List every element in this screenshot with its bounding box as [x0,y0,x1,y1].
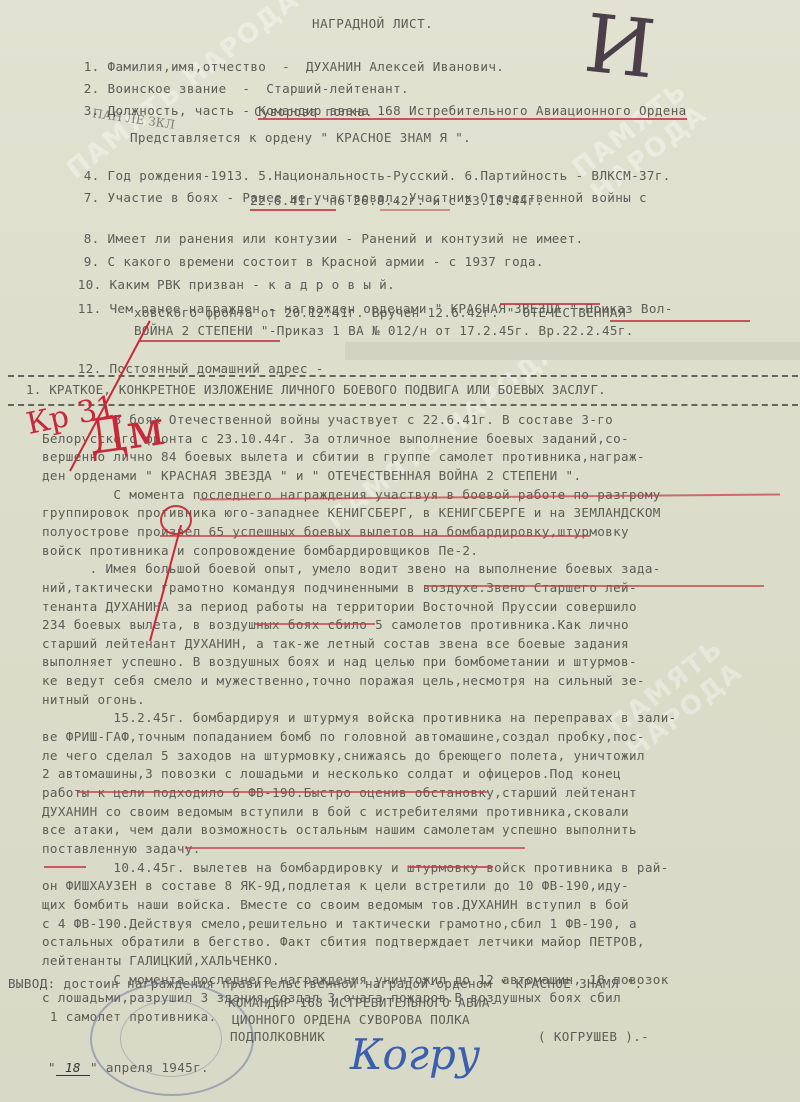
narrative-line: ке ведут себя смело и мужественно,точно … [42,673,645,688]
red-underline [255,623,375,625]
red-underline [185,847,525,849]
narrative-line: нитный огонь. [42,692,145,707]
signature-date: "18" апреля 1945г. [48,1060,209,1076]
narrative-line: группировок противника юго-западнее КЕНИ… [42,505,661,520]
field-3-continuation: Суворова полка. [254,104,373,119]
field-value: - с 1937 года. [433,254,544,269]
date-day: 18 [56,1060,90,1076]
date-month-year: апреля 1945г. [106,1060,209,1075]
red-underline [408,866,493,868]
narrative-line: старший лейтенант ДУХАНИН, а так-же летн… [42,636,629,651]
handwritten-mark: И [580,0,659,96]
narrative-line: поставленную задачу. [42,841,201,856]
red-circle-mark [160,505,192,535]
red-initials: Дм [84,400,167,466]
redacted-address [345,342,800,360]
signer-position-2: ЦИОННОГО ОРДЕНА СУВОРОВА ПОЛКА [232,1012,470,1027]
signer-position-1: КОМАНДИР 168 ИСТРЕБИТЕЛЬНОГО АВИА- [228,995,498,1010]
red-underline [380,209,450,211]
narrative-line: остальных обратили в бегство. Факт сбити… [42,934,645,949]
red-underline [78,791,488,793]
signer-name: ( КОГРУШЕВ ).- [538,1029,649,1044]
narrative-line: 2 автомашины,3 повозки с лошадьми и неск… [42,766,621,781]
field-number: 12. [78,361,102,376]
narrative-line: С момента последнего награждения участву… [42,487,661,502]
signature: Когру [350,1030,480,1079]
narrative-line: ве ФРИШ-ГАФ,точным попаданием бомб по го… [42,729,645,744]
narrative-line: все атаки, чем дали возможность остальны… [42,822,637,837]
field-number: 11. [78,301,102,316]
field-11-continuation: ховского фронта от 20.12.41г. Вручен 12.… [134,305,626,320]
narrative-line: 15.2.45г. бомбардируя и штурмуя войска п… [42,710,677,725]
red-underline [250,209,336,211]
document-title: НАГРАДНОЙ ЛИСТ. [312,16,433,31]
narrative-line: лейтенанты ГАЛИЦКИЙ,ХАЛЬЧЕНКО. [42,953,280,968]
narrative-line: ле чего сделал 5 заходов на штурмовку,сн… [42,748,645,763]
narrative-line: ден орденами " КРАСНАЯ ЗВЕЗДА " и " ОТЕЧ… [42,468,581,483]
red-underline [44,866,86,868]
conclusion: ВЫВОД: достоин награждения правительстве… [8,976,643,991]
narrative-line: . Имея большой боевой опыт, умело водит … [42,561,661,576]
red-underline [140,340,280,342]
narrative-line: с 4 ФВ-190.Действуя смело,решительно и т… [42,916,637,931]
narrative-line: ДУХАНИН со своим ведомым вступили в бой … [42,804,629,819]
field-11-continuation-2: ВОЙНА 2 СТЕПЕНИ "-Приказ 1 ВА № 012/н от… [134,323,634,338]
field-value: - [316,361,324,376]
narrative-line: тенанта ДУХАНИНА за период работы на тер… [42,599,637,614]
red-underline [610,320,750,322]
narrative-line: войск противника и сопровождение бомбард… [42,543,478,558]
field-7-continuation: 22.6.41г. по 26.8.42г. и с 23.10.44г. [250,193,544,208]
narrative-line: щих бомбить наши войска. Вместе со своим… [42,897,629,912]
narrative-line: он ФИШХАУЗЕН в составе 8 ЯК-9Д,подлетая … [42,878,629,893]
narrative-line: 10.4.45г. вылетев на бомбардировку и шту… [42,860,669,875]
signer-rank: ПОДПОЛКОВНИК [230,1029,325,1044]
narrative-line: ний,тактически грамотно командуя подчине… [42,580,637,595]
dashed-divider [8,375,798,377]
presented-for-order: Представляется к ордену " КРАСНОЕ ЗНАМ Я… [130,130,471,145]
award-sheet-page: ПАМЯТЬ НАРОДА ПАМЯТЬ НАРОДА ПАМЯТЬ НАРОД… [0,0,800,1102]
field-label: Участие в боях [108,190,219,205]
red-underline [160,535,590,537]
field-number: 7. [84,190,100,205]
red-underline [424,585,764,587]
narrative-line: выполняет успешно. В воздушных боях и на… [42,654,637,669]
field-label: Постоянный домашний адрес [109,361,307,376]
